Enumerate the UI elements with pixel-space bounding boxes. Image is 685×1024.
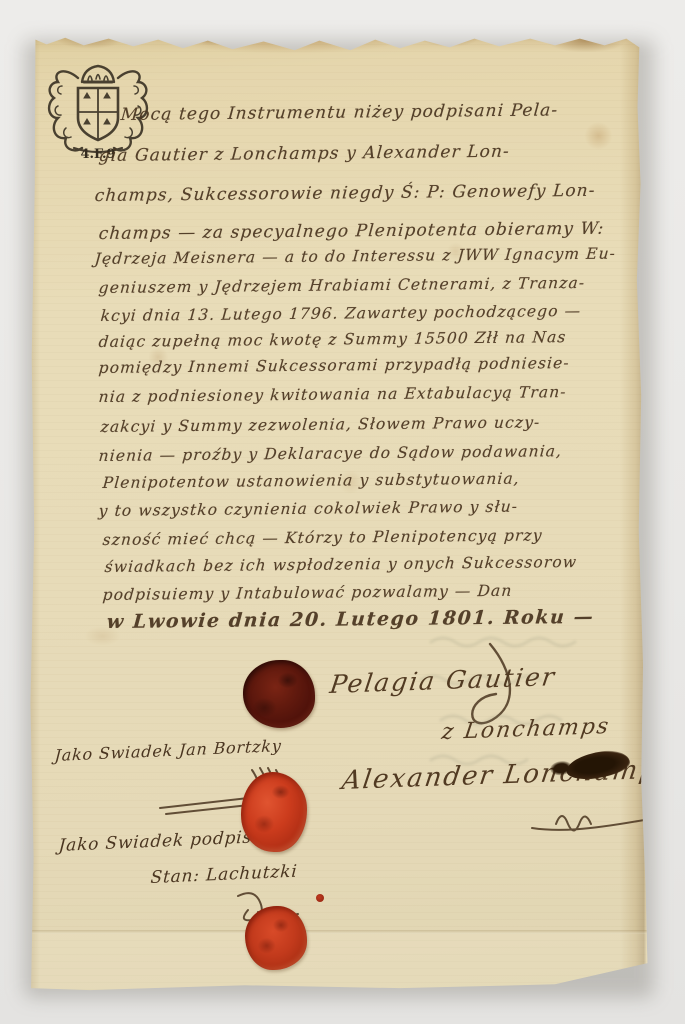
wax-droplet (316, 894, 324, 902)
manuscript-line: kcyi dnia 13. Lutego 1796. Zawartey poch… (100, 302, 582, 325)
manuscript-line: champs — za specyalnego Plenipotenta obi… (98, 219, 605, 244)
manuscript-line: szność mieć chcą — Którzy to Plenipotenc… (102, 526, 543, 549)
manuscript-line: champs, Sukcessorowie niegdy Ś: P: Genow… (94, 181, 596, 206)
manuscript-line: pomiędzy Innemi Sukcessorami przypadłą p… (98, 354, 570, 377)
manuscript-line: Mocą tego Instrumentu niżey podpisani Pe… (120, 100, 559, 125)
manuscript-line: świadkach bez ich wspłodzenia y onych Su… (104, 553, 578, 576)
manuscript-line: zakcyi y Summy zezwolenia, Słowem Prawo … (100, 413, 541, 436)
manuscript-line: daiąc zupełną moc kwotę z Summy 15500 Zł… (98, 328, 567, 351)
manuscript-line: gia Gautier z Lonchamps y Alexander Lon- (98, 142, 511, 166)
photo-background: { "page": { "background_color": "#e9e8e6… (0, 0, 685, 1024)
manuscript-line: podpisuiemy y Intabulować pozwalamy — Da… (102, 582, 513, 604)
manuscript-line: geniuszem y Jędrzejem Hrabiami Cetnerami… (98, 274, 586, 297)
manuscript-line: y to wszystko czynienia cokolwiek Prawo … (98, 498, 519, 520)
wax-seal-bottom (245, 906, 307, 970)
document-paper: 4.F.9 Mocą tego Instrumentu niżey podpis… (28, 30, 648, 992)
manuscript-line: Plenipotentow ustanowienia y substytuowa… (102, 470, 521, 492)
bottom-fold-band (28, 934, 648, 992)
witness-2-name: Stan: Lachutzki (150, 862, 298, 888)
wax-seal-top (243, 660, 315, 728)
witness-1-signature: Jako Swiadek Jan Bortzky (54, 736, 282, 765)
wax-seal-middle (241, 772, 307, 852)
manuscript-line: Jędrzeja Meisnera — a to do Interessu z … (94, 245, 617, 268)
signature-paraph-icon (528, 802, 648, 836)
manuscript-line: nienia — proźby y Deklaracye do Sądow po… (98, 442, 563, 465)
manuscript-line: nia z podniesioney kwitowania na Extabul… (98, 383, 567, 406)
